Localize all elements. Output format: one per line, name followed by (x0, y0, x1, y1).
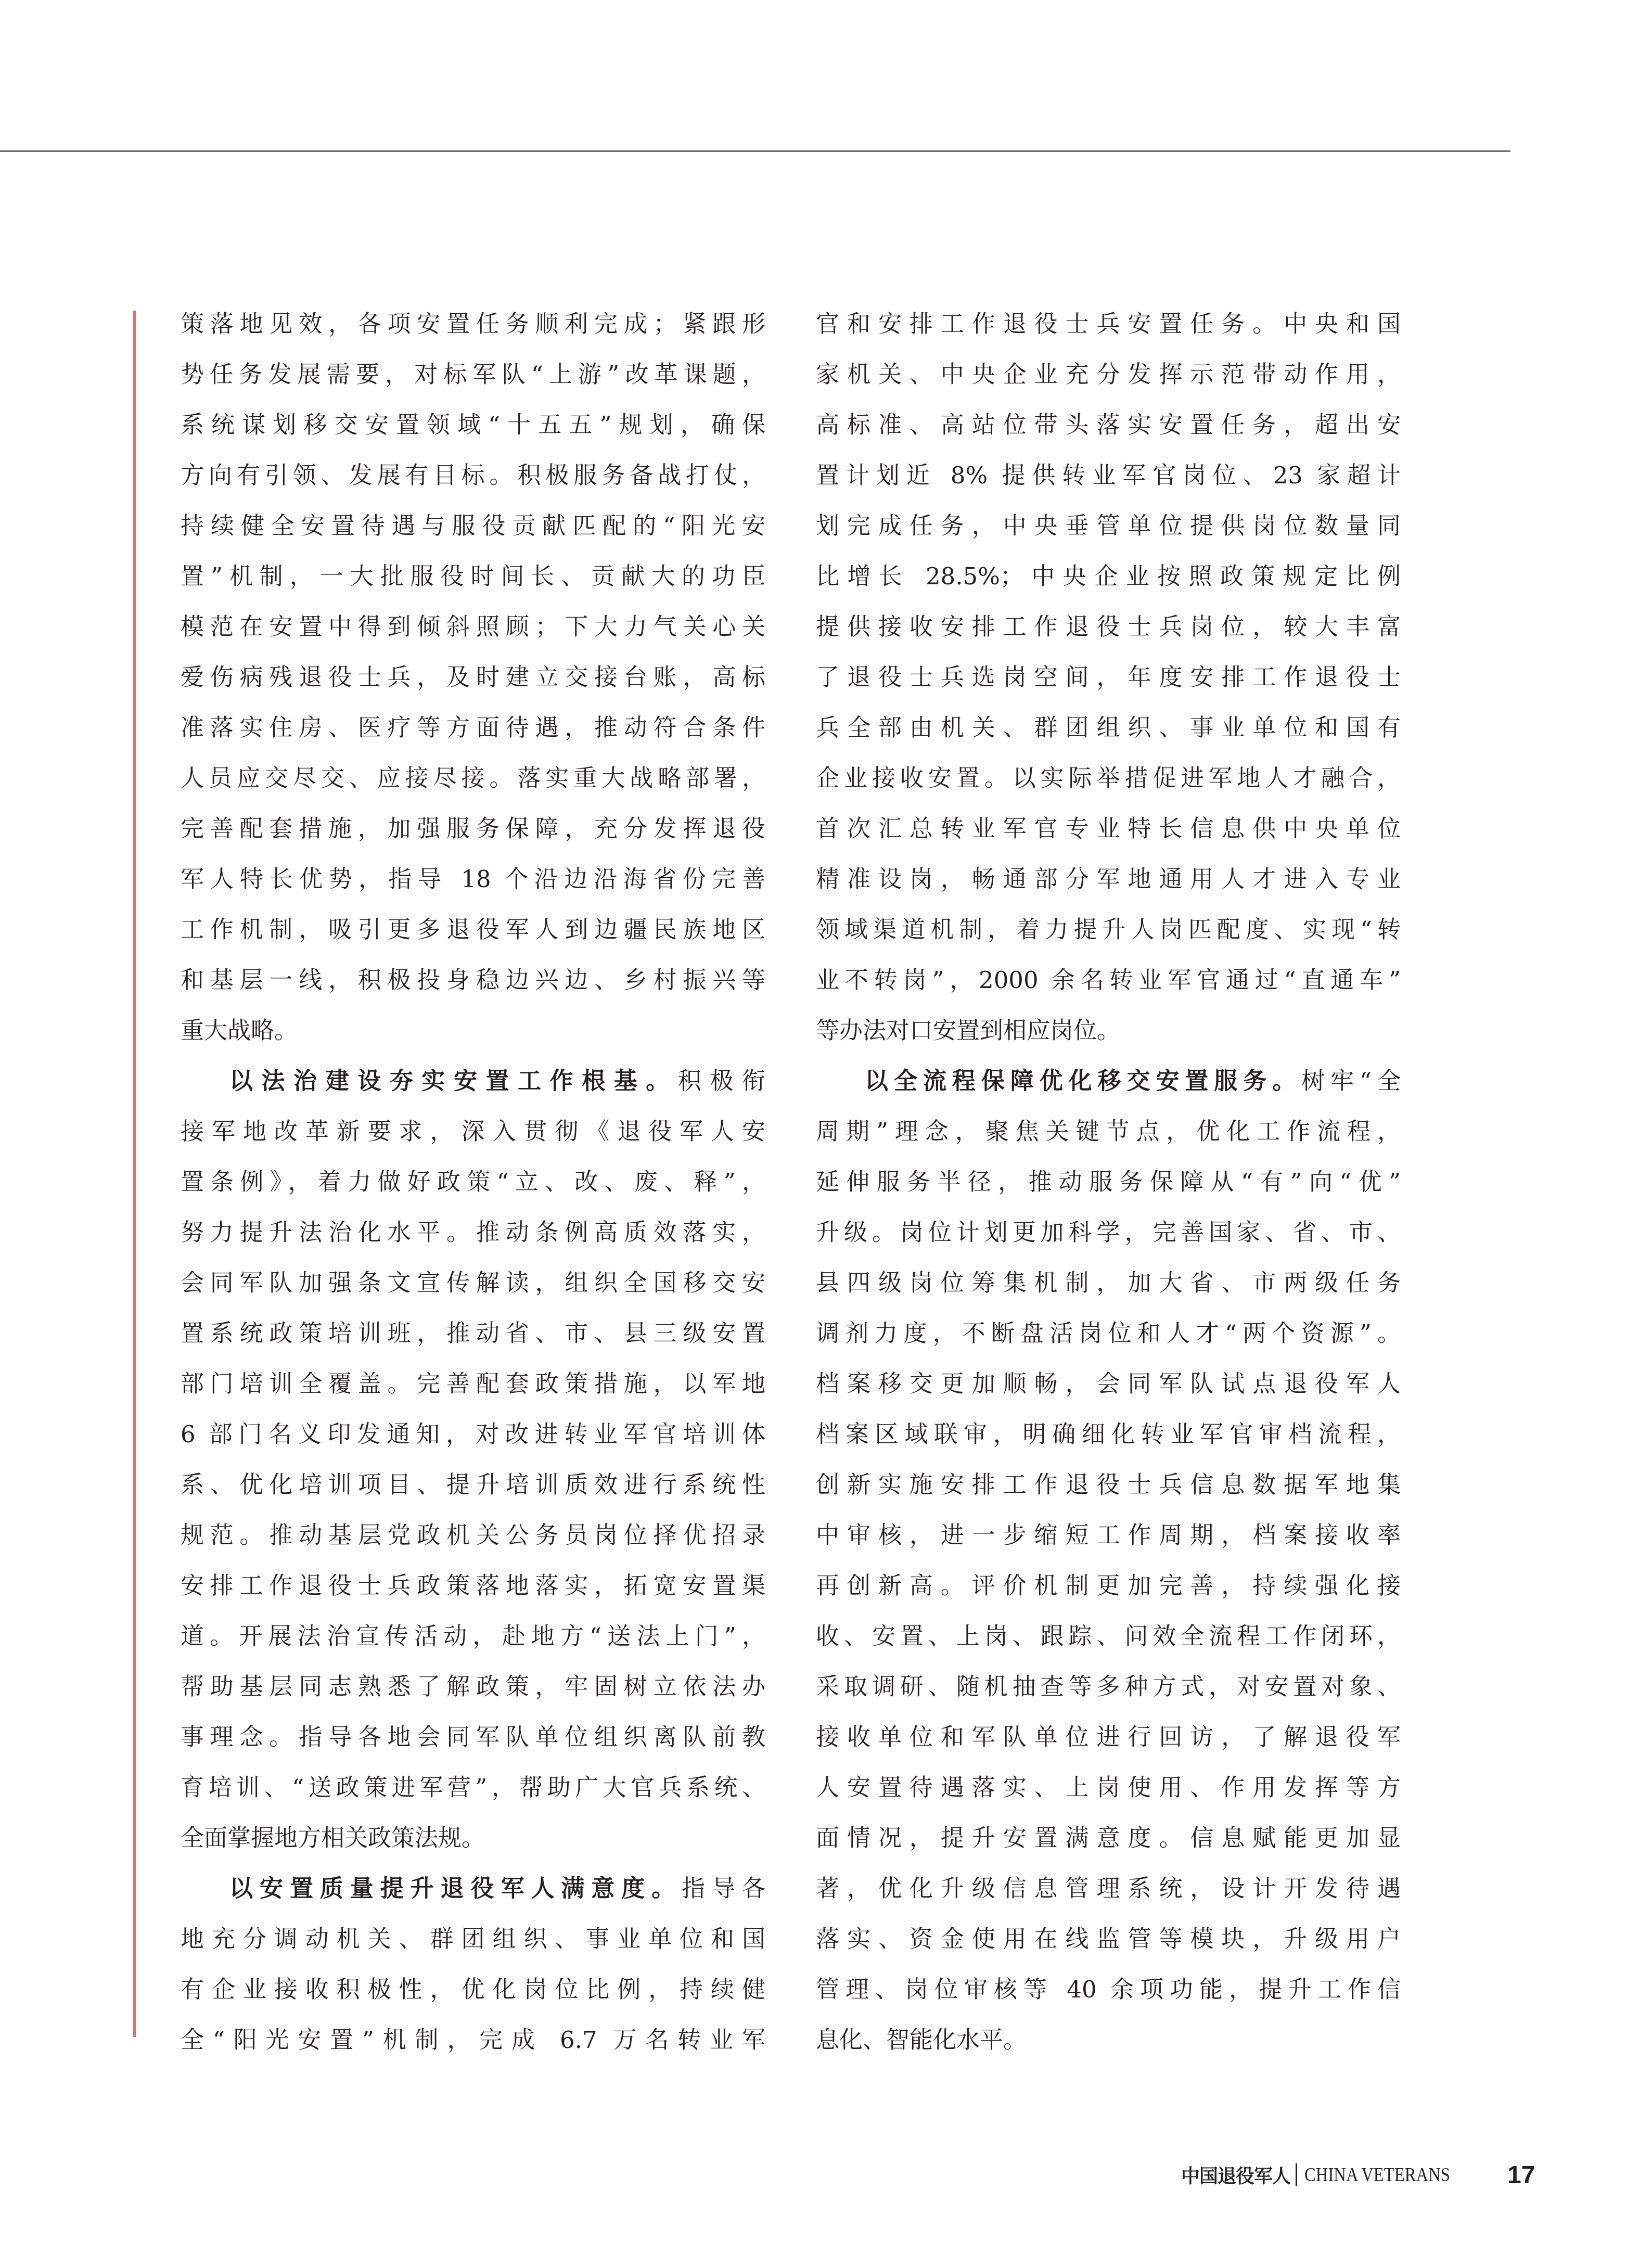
magazine-title-cn: 中国退役军人 (1181, 2162, 1290, 2188)
line-text: 升级。岗位计划更加科学，完善国家、省、市、 (816, 1219, 1401, 1246)
text-line: 系统谋划移交安置领域“十五五”规划，确保 (181, 408, 765, 458)
line-text: 著，优化升级信息管理系统，设计开发待遇 (816, 1875, 1401, 1902)
line-text: 置”机制，一大批服役时间长、贡献大的功臣 (181, 562, 765, 590)
line-text: 完善配套措施，加强服务保障，充分发挥退役 (181, 815, 765, 842)
line-text: 策落地见效，各项安置任务顺利完成；紧跟形 (181, 310, 765, 338)
line-text: 系、优化培训项目、提升培训质效进行系统性 (181, 1471, 765, 1498)
text-line: 系、优化培训项目、提升培训质效进行系统性 (181, 1468, 765, 1518)
text-line: 兵全部由机关、群团组织、事业单位和国有 (816, 711, 1401, 761)
section-heading: 以法治建设夯实安置工作根基。 (229, 1067, 678, 1095)
line-text: 企业接收安置。以实际举措促进军地人才融合， (816, 764, 1401, 792)
line-text: 系统谋划移交安置领域“十五五”规划，确保 (181, 411, 765, 439)
text-line: 规范。推动基层党政机关公务员岗位择优招录 (181, 1518, 765, 1569)
line-text: 全面掌握地方相关政策法规。 (181, 1824, 485, 1852)
line-text: 会同军队加强条文宣传解读，组织全国移交安 (181, 1269, 765, 1297)
magazine-title-en: CHINA VETERANS (1304, 2163, 1470, 2186)
text-line: 创新实施安排工作退役士兵信息数据军地集 (816, 1468, 1401, 1518)
text-line: 军人特长优势，指导 18 个沿边沿海省份完善 (181, 862, 765, 913)
line-text: 方向有引领、发展有目标。积极服务备战打仗， (181, 462, 765, 489)
text-line: 人安置待遇落实、上岗使用、作用发挥等方 (816, 1771, 1401, 1821)
section-lead-line: 以安置质量提升退役军人满意度。指导各 (181, 1872, 765, 1922)
line-text: 领域渠道机制，着力提升人岗匹配度、实现“转 (816, 916, 1401, 943)
text-line: 首次汇总转业军官专业特长信息供中央单位 (816, 812, 1401, 862)
line-text: 道。开展法治宣传活动，赴地方“送法上门”， (181, 1622, 765, 1650)
footer-separator (1296, 2163, 1297, 2186)
line-text: 育培训、“送政策进军营”，帮助广大官兵系统、 (181, 1774, 765, 1801)
line-text: 帮助基层同志熟悉了解政策，牢固树立依法办 (181, 1673, 765, 1700)
text-line: 地充分调动机关、群团组织、事业单位和国 (181, 1922, 765, 1972)
line-text: 创新实施安排工作退役士兵信息数据军地集 (816, 1471, 1401, 1498)
line-text: 精准设岗，畅通部分军地通用人才进入专业 (816, 865, 1401, 893)
section-heading: 以安置质量提升退役军人满意度。 (229, 1875, 682, 1902)
text-line: 置”机制，一大批服役时间长、贡献大的功臣 (181, 559, 765, 610)
text-line: 档案移交更加顺畅，会同军队试点退役军人 (816, 1367, 1401, 1417)
text-line: 方向有引领、发展有目标。积极服务备战打仗， (181, 458, 765, 509)
text-line: 事理念。指导各地会同军队单位组织离队前教 (181, 1720, 765, 1771)
text-line: 提供接收安排工作退役士兵岗位，较大丰富 (816, 610, 1401, 660)
line-text: 人员应交尽交、应接尽接。落实重大战略部署， (181, 764, 765, 792)
line-text: 比增长 28.5%；中央企业按照政策规定比例 (816, 562, 1401, 590)
line-text: 置系统政策培训班，推动省、市、县三级安置 (181, 1319, 765, 1347)
article-column-left: 策落地见效，各项安置任务顺利完成；紧跟形势任务发展需要，对标军队“上游”改革课题… (181, 307, 765, 2073)
text-line: 面情况，提升安置满意度。信息赋能更加显 (816, 1821, 1401, 1872)
text-line: 划完成任务，中央垂管单位提供岗位数量同 (816, 509, 1401, 559)
text-line: 档案区域联审，明确细化转业军官审档流程， (816, 1417, 1401, 1468)
section-heading: 以全流程保障优化移交安置服务。 (865, 1067, 1301, 1095)
line-text: 高标准、高站位带头落实安置任务，超出安 (816, 411, 1401, 439)
text-line: 全“阳光安置”机制，完成 6.7 万名转业军 (181, 2023, 765, 2073)
line-text: 部门培训全覆盖。完善配套政策措施，以军地 (181, 1370, 765, 1398)
line-text: 人安置待遇落实、上岗使用、作用发挥等方 (816, 1774, 1401, 1801)
text-line: 和基层一线，积极投身稳边兴边、乡村振兴等 (181, 963, 765, 1014)
text-line: 工作机制，吸引更多退役军人到边疆民族地区 (181, 913, 765, 963)
line-text: 再创新高。评价机制更加完善，持续强化接 (816, 1572, 1401, 1599)
line-text: 安排工作退役士兵政策落地落实，拓宽安置渠 (181, 1572, 765, 1599)
text-line: 调剂力度，不断盘活岗位和人才“两个资源”。 (816, 1316, 1401, 1367)
line-text: 军人特长优势，指导 18 个沿边沿海省份完善 (181, 865, 765, 893)
text-line: 领域渠道机制，着力提升人岗匹配度、实现“转 (816, 913, 1401, 963)
line-text: 业不转岗”，2000 余名转业军官通过“直通车” (816, 966, 1401, 994)
header-rule (0, 150, 1510, 152)
line-text: 积极衔 (678, 1067, 765, 1095)
line-text: 档案移交更加顺畅，会同军队试点退役军人 (816, 1370, 1401, 1398)
text-line: 接收单位和军队单位进行回访，了解退役军 (816, 1720, 1401, 1771)
text-line: 精准设岗，畅通部分军地通用人才进入专业 (816, 862, 1401, 913)
line-text: 树牢“全 (1301, 1067, 1401, 1095)
text-line: 官和安排工作退役士兵安置任务。中央和国 (816, 307, 1401, 357)
line-text: 中审核，进一步缩短工作周期，档案接收率 (816, 1521, 1401, 1549)
line-text: 息化、智能化水平。 (816, 2026, 1027, 2054)
line-text: 官和安排工作退役士兵安置任务。中央和国 (816, 310, 1401, 338)
accent-bar (133, 311, 136, 2037)
section-lead-line: 以全流程保障优化移交安置服务。树牢“全 (816, 1064, 1401, 1114)
text-line: 了退役士兵选岗空间，年度安排工作退役士 (816, 660, 1401, 711)
line-text: 6 部门名义印发通知，对改进转业军官培训体 (181, 1420, 765, 1448)
line-text: 全“阳光安置”机制，完成 6.7 万名转业军 (181, 2026, 765, 2054)
line-text: 置条例》，着力做好政策“立、改、废、释”， (181, 1168, 765, 1196)
line-text: 县四级岗位筹集机制，加大省、市两级任务 (816, 1269, 1401, 1297)
line-text: 势任务发展需要，对标军队“上游”改革课题， (181, 361, 765, 388)
line-text: 和基层一线，积极投身稳边兴边、乡村振兴等 (181, 966, 765, 994)
line-text: 爱伤病残退役士兵，及时建立交接台账，高标 (181, 663, 765, 691)
text-line: 置系统政策培训班，推动省、市、县三级安置 (181, 1316, 765, 1367)
text-line: 比增长 28.5%；中央企业按照政策规定比例 (816, 559, 1401, 610)
text-line: 6 部门名义印发通知，对改进转业军官培训体 (181, 1417, 765, 1468)
text-line: 接军地改革新要求，深入贯彻《退役军人安 (181, 1114, 765, 1165)
text-line: 努力提升法治化水平。推动条例高质效落实， (181, 1215, 765, 1266)
line-text: 事理念。指导各地会同军队单位组织离队前教 (181, 1723, 765, 1751)
text-line: 县四级岗位筹集机制，加大省、市两级任务 (816, 1266, 1401, 1316)
line-text: 采取调研、随机抽查等多种方式，对安置对象、 (816, 1673, 1401, 1700)
line-text: 置计划近 8% 提供转业军官岗位、23 家超计 (816, 462, 1401, 489)
text-line: 帮助基层同志熟悉了解政策，牢固树立依法办 (181, 1670, 765, 1720)
page-number: 17 (1507, 2161, 1535, 2189)
text-line: 家机关、中央企业充分发挥示范带动作用， (816, 357, 1401, 408)
line-text: 管理、岗位审核等 40 余项功能，提升工作信 (816, 1976, 1401, 2003)
line-text: 提供接收安排工作退役士兵岗位，较大丰富 (816, 613, 1401, 640)
text-line: 爱伤病残退役士兵，及时建立交接台账，高标 (181, 660, 765, 711)
text-line: 完善配套措施，加强服务保障，充分发挥退役 (181, 812, 765, 862)
text-line: 息化、智能化水平。 (816, 2023, 1401, 2073)
text-line: 势任务发展需要，对标军队“上游”改革课题， (181, 357, 765, 408)
text-line: 置计划近 8% 提供转业军官岗位、23 家超计 (816, 458, 1401, 509)
line-text: 接收单位和军队单位进行回访，了解退役军 (816, 1723, 1401, 1751)
text-line: 升级。岗位计划更加科学，完善国家、省、市、 (816, 1215, 1401, 1266)
article-column-right: 官和安排工作退役士兵安置任务。中央和国家机关、中央企业充分发挥示范带动作用，高标… (816, 307, 1401, 2073)
line-text: 档案区域联审，明确细化转业军官审档流程， (816, 1420, 1401, 1448)
line-text: 模范在安置中得到倾斜照顾；下大力气关心关 (181, 613, 765, 640)
line-text: 面情况，提升安置满意度。信息赋能更加显 (816, 1824, 1401, 1852)
text-line: 道。开展法治宣传活动，赴地方“送法上门”， (181, 1619, 765, 1670)
text-line: 安排工作退役士兵政策落地落实，拓宽安置渠 (181, 1569, 765, 1619)
line-text: 周期”理念，聚焦关键节点，优化工作流程， (816, 1118, 1401, 1145)
text-line: 延伸服务半径，推动服务保障从“有”向“优” (816, 1165, 1401, 1215)
text-line: 再创新高。评价机制更加完善，持续强化接 (816, 1569, 1401, 1619)
text-line: 周期”理念，聚焦关键节点，优化工作流程， (816, 1114, 1401, 1165)
text-line: 准落实住房、医疗等方面待遇，推动符合条件 (181, 711, 765, 761)
page-footer: 中国退役军人 CHINA VETERANS 17 (1181, 2159, 1535, 2190)
text-line: 会同军队加强条文宣传解读，组织全国移交安 (181, 1266, 765, 1316)
text-line: 管理、岗位审核等 40 余项功能，提升工作信 (816, 1972, 1401, 2023)
line-text: 准落实住房、医疗等方面待遇，推动符合条件 (181, 714, 765, 741)
line-text: 延伸服务半径，推动服务保障从“有”向“优” (816, 1168, 1401, 1196)
text-line: 置条例》，着力做好政策“立、改、废、释”， (181, 1165, 765, 1215)
text-line: 全面掌握地方相关政策法规。 (181, 1821, 765, 1872)
line-text: 有企业接收积极性，优化岗位比例，持续健 (181, 1976, 765, 2003)
section-lead-line: 以法治建设夯实安置工作根基。积极衔 (181, 1064, 765, 1114)
text-line: 持续健全安置待遇与服役贡献匹配的“阳光安 (181, 509, 765, 559)
text-line: 有企业接收积极性，优化岗位比例，持续健 (181, 1972, 765, 2023)
text-line: 业不转岗”，2000 余名转业军官通过“直通车” (816, 963, 1401, 1014)
text-line: 高标准、高站位带头落实安置任务，超出安 (816, 408, 1401, 458)
line-text: 指导各 (682, 1875, 765, 1902)
text-line: 育培训、“送政策进军营”，帮助广大官兵系统、 (181, 1771, 765, 1821)
line-text: 规范。推动基层党政机关公务员岗位择优招录 (181, 1521, 765, 1549)
text-line: 人员应交尽交、应接尽接。落实重大战略部署， (181, 761, 765, 812)
line-text: 工作机制，吸引更多退役军人到边疆民族地区 (181, 916, 765, 943)
text-line: 采取调研、随机抽查等多种方式，对安置对象、 (816, 1670, 1401, 1720)
text-line: 收、安置、上岗、跟踪、问效全流程工作闭环， (816, 1619, 1401, 1670)
text-line: 策落地见效，各项安置任务顺利完成；紧跟形 (181, 307, 765, 357)
line-text: 等办法对口安置到相应岗位。 (816, 1017, 1120, 1044)
text-line: 中审核，进一步缩短工作周期，档案接收率 (816, 1518, 1401, 1569)
line-text: 持续健全安置待遇与服役贡献匹配的“阳光安 (181, 512, 765, 540)
text-line: 模范在安置中得到倾斜照顾；下大力气关心关 (181, 610, 765, 660)
line-text: 划完成任务，中央垂管单位提供岗位数量同 (816, 512, 1401, 540)
text-line: 企业接收安置。以实际举措促进军地人才融合， (816, 761, 1401, 812)
line-text: 收、安置、上岗、跟踪、问效全流程工作闭环， (816, 1622, 1401, 1650)
line-text: 地充分调动机关、群团组织、事业单位和国 (181, 1925, 765, 1953)
line-text: 了退役士兵选岗空间，年度安排工作退役士 (816, 663, 1401, 691)
line-text: 调剂力度，不断盘活岗位和人才“两个资源”。 (816, 1319, 1401, 1347)
text-line: 落实、资金使用在线监管等模块，升级用户 (816, 1922, 1401, 1972)
line-text: 首次汇总转业军官专业特长信息供中央单位 (816, 815, 1401, 842)
line-text: 努力提升法治化水平。推动条例高质效落实， (181, 1219, 765, 1246)
line-text: 落实、资金使用在线监管等模块，升级用户 (816, 1925, 1401, 1953)
line-text: 家机关、中央企业充分发挥示范带动作用， (816, 361, 1401, 388)
line-text: 重大战略。 (181, 1017, 298, 1044)
line-text: 兵全部由机关、群团组织、事业单位和国有 (816, 714, 1401, 741)
text-line: 部门培训全覆盖。完善配套政策措施，以军地 (181, 1367, 765, 1417)
text-line: 重大战略。 (181, 1014, 765, 1064)
text-line: 等办法对口安置到相应岗位。 (816, 1014, 1401, 1064)
line-text: 接军地改革新要求，深入贯彻《退役军人安 (181, 1118, 765, 1145)
text-line: 著，优化升级信息管理系统，设计开发待遇 (816, 1872, 1401, 1922)
